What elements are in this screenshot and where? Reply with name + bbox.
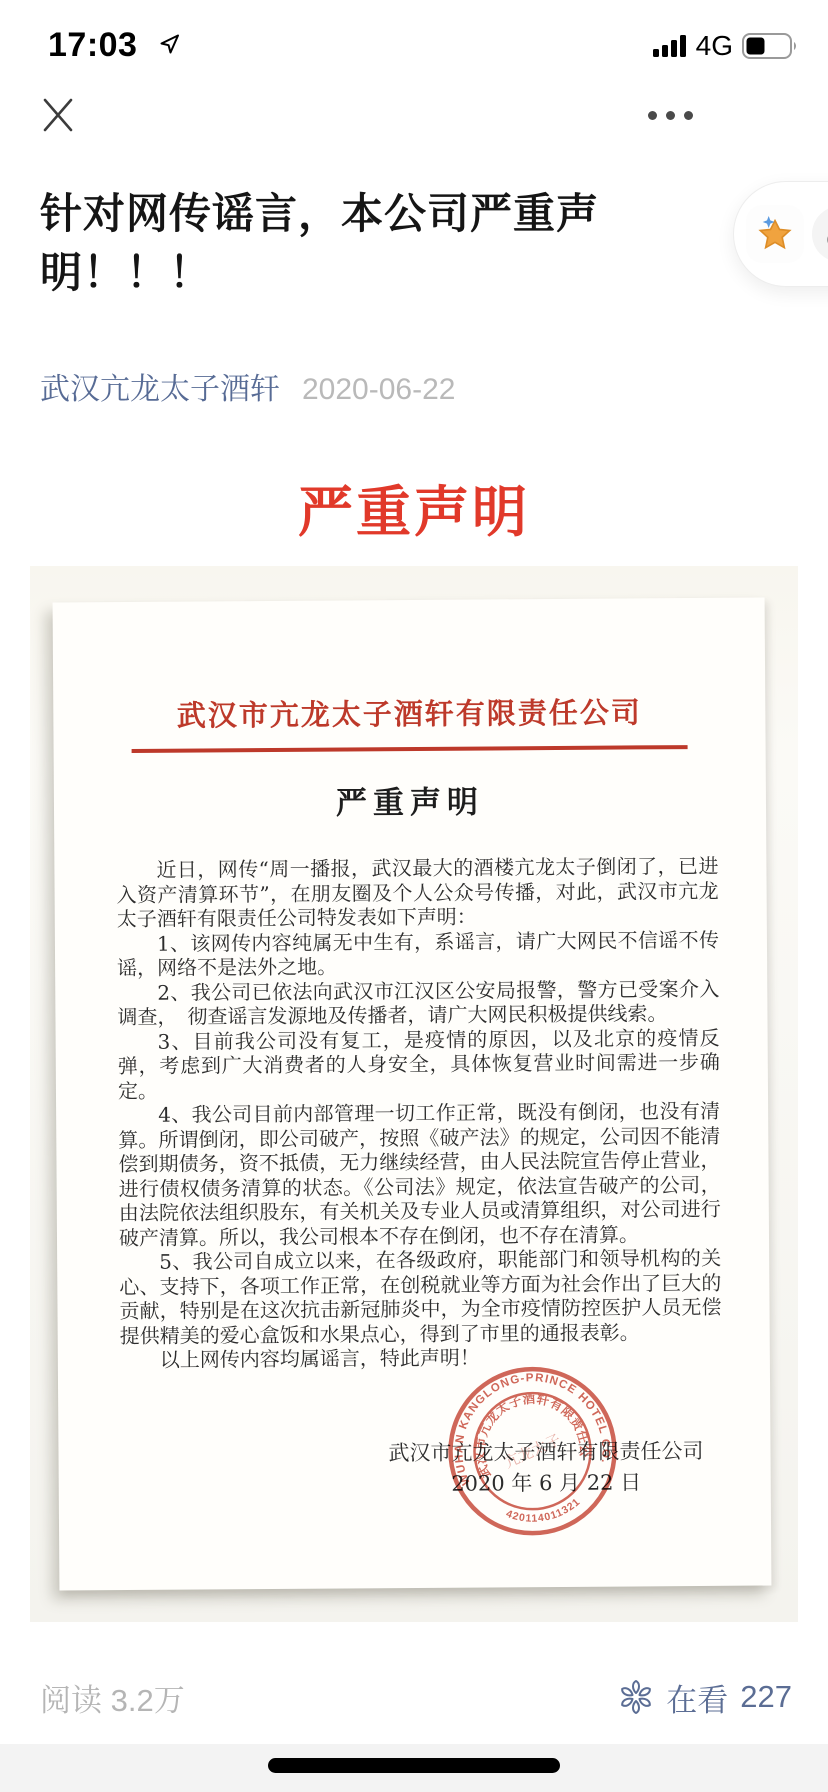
wow-label: 在看 [666, 1675, 728, 1720]
page-title: 针对网传谣言，本公司严重声明！！！ [40, 184, 620, 302]
publish-date: 2020-06-22 [302, 373, 455, 407]
read-count: 阅读 3.2万 [40, 1675, 185, 1720]
read-count-value: 3.2万 [111, 1683, 185, 1718]
floating-capsule [733, 181, 828, 287]
close-icon [38, 94, 78, 134]
location-arrow-icon [158, 32, 182, 56]
article-red-heading: 严重声明 [0, 468, 828, 547]
status-bar: 17:03 4G [0, 0, 828, 90]
document-company-title: 武汉市亢龙太子酒轩有限责任公司 [53, 690, 765, 736]
author-link[interactable]: 武汉亢龙太子酒轩 [40, 364, 280, 408]
doc-paragraph: 2、我公司已依法向武汉市江汉区公安局报警，警方已受案介入调查， 彻查谣言发源地及… [117, 976, 719, 1029]
star-icon [755, 214, 795, 254]
more-menu-button[interactable] [648, 98, 708, 132]
read-label: 阅读 [40, 1683, 102, 1718]
document-body: 近日，网传“周一播报，武汉最大的酒楼亢龙太子倒闭了，已进入资产清算环节”，在朋友… [116, 854, 722, 1373]
clock: 17:03 [48, 26, 137, 65]
more-icon [648, 111, 693, 120]
doc-paragraph: 以上网传内容均属谣言，特此声明！ [120, 1344, 722, 1373]
home-indicator-area [0, 1744, 828, 1792]
doc-paragraph: 近日，网传“周一播报，武汉最大的酒楼亢龙太子倒闭了，已进入资产清算环节”，在朋友… [116, 854, 718, 932]
signal-icon [653, 34, 687, 58]
seal-center-text: 亢龙太子 [502, 1431, 564, 1471]
doc-paragraph: 1、该网传内容纯属无中生有，系谣言，请广大网民不信谣不传谣，网络不是法外之地。 [117, 927, 719, 980]
doc-paragraph: 4、我公司目前内部管理一切工作正常，既没有倒闭，也没有清算。所谓倒闭，即公司破产… [118, 1099, 721, 1250]
close-button[interactable] [38, 94, 78, 134]
statement-document-image: 武汉市亢龙太子酒轩有限责任公司 严重声明 近日，网传“周一播报，武汉最大的酒楼亢… [30, 566, 798, 1622]
document-heading: 严重声明 [54, 775, 766, 825]
article-meta: 武汉亢龙太子酒轩 2020-06-22 [40, 364, 455, 408]
red-divider [132, 745, 688, 753]
company-seal: WUHAN KANGLONG-PRINCE HOTEL CO., LTD. 42… [431, 1350, 634, 1553]
wow-button[interactable]: 在看 227 [618, 1675, 792, 1720]
favorite-button[interactable] [746, 205, 804, 263]
article-footer: 阅读 3.2万 在看 227 [40, 1672, 792, 1722]
copy-link-button[interactable] [812, 206, 828, 262]
document-page: 武汉市亢龙太子酒轩有限责任公司 严重声明 近日，网传“周一播报，武汉最大的酒楼亢… [53, 598, 772, 1591]
battery-icon [742, 33, 800, 59]
home-indicator[interactable] [268, 1758, 560, 1773]
network-type-label: 4G [696, 30, 733, 62]
wow-icon [618, 1679, 654, 1715]
doc-paragraph: 5、我公司自成立以来，在各级政府，职能部门和领导机构的关心、支持下，各项工作正常… [119, 1246, 722, 1348]
wow-count: 227 [740, 1679, 792, 1715]
doc-paragraph: 3、目前我公司没有复工，是疫情的原因，以及北京的疫情反弹，考虑到广大消费者的人身… [118, 1025, 720, 1103]
